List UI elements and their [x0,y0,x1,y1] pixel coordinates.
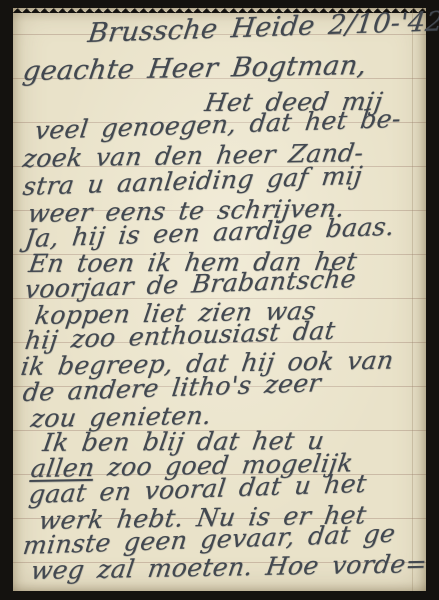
handwriting-line: weg zal moeten. Hoe vorde= [29,551,429,584]
paper-edge-line [412,8,413,591]
scan-background: Brussche Heide 2/10-'42 geachte Heer Bog… [0,0,439,600]
salutation-line: geachte Heer Bogtman, [21,52,368,86]
letter-paper: Brussche Heide 2/10-'42 geachte Heer Bog… [13,8,426,591]
place-date-line: Brussche Heide 2/10-'42 [86,8,439,48]
